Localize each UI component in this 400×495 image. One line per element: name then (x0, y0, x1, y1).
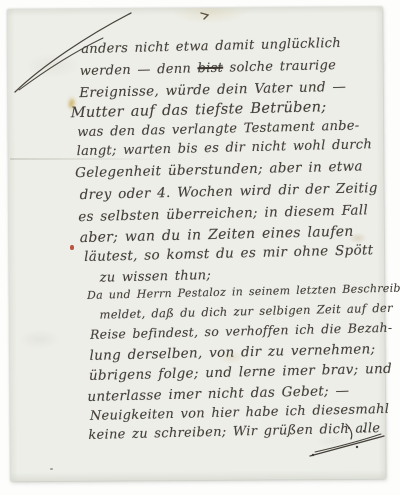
handwriting-line: werden — denn bist solche traurige (80, 57, 337, 81)
scanned-letter: anders nicht etwa damit unglücklichwerde… (0, 0, 400, 495)
handwriting-line: Gelegenheit überstunden; aber in etwa (75, 157, 363, 182)
handwriting-line: drey oder 4. Wochen wird dir der Zeitig (79, 179, 377, 204)
handwriting-lines: anders nicht etwa damit unglücklichwerde… (0, 0, 400, 495)
handwriting-line: anders nicht etwa damit unglücklich (81, 35, 341, 59)
